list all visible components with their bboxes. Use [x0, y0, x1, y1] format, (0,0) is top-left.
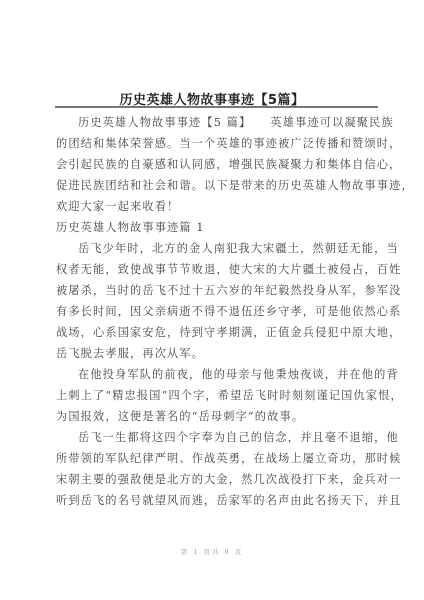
text-line: 战场，心系国家安危，待到守孝期满，正值金兵侵犯中原大地， — [56, 322, 376, 343]
text-line: 上刺上了“精忠报国”四个字，希望岳飞时时刻刻谨记国仇家恨， — [56, 385, 376, 406]
text-line: 岳飞少年时，北方的金人南犯我大宋疆土，然朝廷无能，当 — [56, 238, 376, 259]
text-line: 宋朝主要的强敌便是北方的大金，然几次战役打下来，金兵对一 — [56, 469, 376, 490]
text-line: 有多长时间，因父亲病逝不得不退伍还乡守孝，可是他依然心系 — [56, 301, 376, 322]
text-line: 岳飞一生都将这四个字奉为自己的信念，并且毫不退缩，他 — [56, 427, 376, 448]
text-line: 的团结和集体荣誉感。当一个英雄的事迹被广泛传播和赞颂时， — [56, 133, 376, 154]
text-line: 所带领的军队纪律严明、作战英勇，在战场上屡立奇功，那时候 — [56, 448, 376, 469]
text-line: 欢迎大家一起来收看！ — [56, 196, 376, 217]
text-line: 促进民族团结和社会和谐。以下是带来的历史英雄人物故事事迹， — [56, 175, 376, 196]
page-number-footer: 第 1 页共 9 页 — [0, 547, 424, 556]
text-line: 权者无能，致使战事节节败退，使大宋的大片疆土被侵占，百姓 — [56, 259, 376, 280]
text-line: 岳飞脱去孝服，再次从军。 — [56, 343, 376, 364]
title-divider — [55, 106, 378, 108]
text-line: 在他投身军队的前夜，他的母亲与他秉烛夜谈，并在他的背 — [56, 364, 376, 385]
text-line: 听到岳飞的名号就望风而逃，岳家军的名声由此名扬天下，并且 — [56, 490, 376, 511]
document-body: 历史英雄人物故事事迹【5 篇】 英雄事迹可以凝聚民族 的团结和集体荣誉感。当一个… — [56, 112, 376, 511]
text-line: 会引起民族的自豪感和认同感，增强民族凝聚力和集体自信心， — [56, 154, 376, 175]
text-line: 为国报效，这便是著名的“岳母刺字”的故事。 — [56, 406, 376, 427]
text-line: 历史英雄人物故事事迹【5 篇】 英雄事迹可以凝聚民族 — [56, 112, 376, 133]
section-heading: 历史英雄人物故事事迹篇 1 — [56, 217, 376, 238]
document-page: 历史英雄人物故事事迹【5篇】 历史英雄人物故事事迹【5 篇】 英雄事迹可以凝聚民… — [0, 0, 424, 600]
text-line: 被屠杀，当时的岳飞不过十五六岁的年纪毅然投身从军，参军没 — [56, 280, 376, 301]
